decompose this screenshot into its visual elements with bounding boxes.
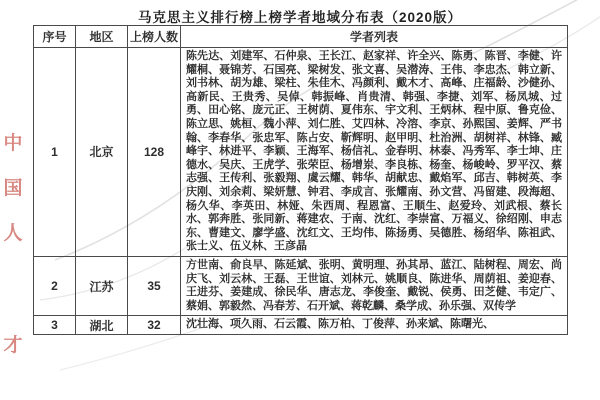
- col-header-count: 上榜人数: [128, 26, 181, 48]
- count-cell: 35: [128, 256, 181, 315]
- region-cell: 北京: [76, 48, 128, 257]
- col-header-scholars: 学者列表: [181, 26, 568, 48]
- row-index: 1: [34, 48, 76, 257]
- table-row-beijing: 1 北京 128 陈先达、刘建军、石仲泉、王长江、赵家祥、许全兴、陈勇、陈晋、李…: [34, 48, 568, 257]
- region-cell: 江苏: [76, 256, 128, 315]
- col-header-region: 地区: [76, 26, 128, 48]
- table-row-hubei: 3 湖北 32 沈壮海、项久雨、石云霞、陈万柏、丁俊萍、孙来斌、陈曙光、: [34, 316, 568, 335]
- region-cell: 湖北: [76, 316, 128, 335]
- scholars-cell: 沈壮海、项久雨、石云霞、陈万柏、丁俊萍、孙来斌、陈曙光、: [181, 316, 568, 335]
- scholars-cell: 方世南、俞良早、陈延斌、张明、黄明理、孙其昂、蓝江、陆树程、周宏、尚庆飞、刘云林…: [181, 256, 568, 315]
- row-index: 3: [34, 316, 76, 335]
- distribution-table: 序号 地区 上榜人数 学者列表 1 北京 128 陈先达、刘建军、石仲泉、王长江…: [33, 25, 568, 335]
- watermark-char: 人: [2, 218, 24, 245]
- watermark-char: 才: [2, 330, 24, 357]
- header-row: 序号 地区 上榜人数 学者列表: [34, 26, 568, 48]
- row-index: 2: [34, 256, 76, 315]
- count-cell: 32: [128, 316, 181, 335]
- watermark-char: 中: [2, 128, 24, 155]
- count-cell: 128: [128, 48, 181, 257]
- table-row-jiangsu: 2 江苏 35 方世南、俞良早、陈延斌、张明、黄明理、孙其昂、蓝江、陆树程、周宏…: [34, 256, 568, 315]
- page-title: 马克思主义排行榜上榜学者地域分布表（2020版）: [0, 6, 600, 26]
- col-header-index: 序号: [34, 26, 76, 48]
- watermark-char: 国: [2, 173, 24, 200]
- scholars-cell: 陈先达、刘建军、石仲泉、王长江、赵家祥、许全兴、陈勇、陈晋、李健、许耀桐、聂锦芳…: [181, 48, 568, 257]
